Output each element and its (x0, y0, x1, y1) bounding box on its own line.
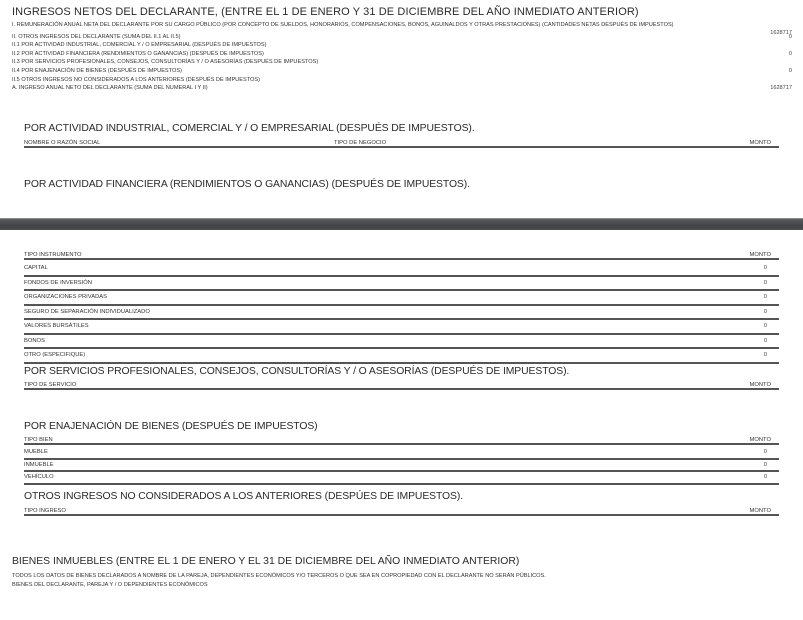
services-section-title: POR SERVICIOS PROFESIONALES, CONSEJOS, C… (24, 366, 569, 377)
disposal-table-header: TIPO BIEN MONTO (24, 437, 779, 445)
income-row: II.5 OTROS INGRESOS NO CONSIDERADOS A LO… (12, 76, 792, 85)
row-value: 0 (764, 294, 767, 300)
table-row: SEGURO DE SEPARACIÓN INDIVIDUALIZADO0 (24, 306, 779, 321)
income-row-label: II.5 OTROS INGRESOS NO CONSIDERADOS A LO… (12, 77, 260, 83)
real-estate-privacy-note: TODOS LOS DATOS DE BIENES DECLARADOS A N… (12, 572, 792, 581)
row-label: FONDOS DE INVERSIÓN (24, 280, 92, 286)
row-value: 0 (764, 352, 767, 358)
income-row: II.4 POR ENAJENACIÓN DE BIENES (DESPUÉS … (12, 67, 792, 76)
row-label: OTRO (ESPECIFIQUE) (24, 352, 85, 358)
column-header: MONTO (750, 508, 771, 514)
table-row: OTRO (ESPECIFIQUE)0 (24, 349, 779, 364)
row-label: VEHÍCULO (24, 474, 54, 480)
column-header: MONTO (750, 382, 771, 388)
income-row-total: A. INGRESO ANUAL NETO DEL DECLARANTE (SU… (12, 84, 792, 93)
column-header: TIPO INGRESO (24, 508, 66, 514)
financial-section-title: POR ACTIVIDAD FINANCIERA (RENDIMIENTOS O… (24, 179, 470, 190)
row-value: 0 (764, 462, 767, 468)
disposal-table: MUEBLE0 INMUEBLE0 VEHÍCULO0 (24, 447, 779, 485)
row-value: 0 (764, 474, 767, 480)
income-row: I. REMUNERACIÓN ANUAL NETA DEL DECLARANT… (12, 21, 792, 30)
income-row-label: II.3 POR SERVICIOS PROFESIONALES, CONSEJ… (12, 59, 318, 65)
column-header: MONTO (750, 252, 771, 258)
other-income-section-title: OTROS INGRESOS NO CONSIDERADOS A LOS ANT… (24, 491, 463, 502)
column-header: MONTO (750, 437, 771, 443)
real-estate-title: BIENES INMUEBLES (ENTRE EL 1 DE ENERO Y … (12, 556, 792, 567)
income-title: INGRESOS NETOS DEL DECLARANTE, (ENTRE EL… (12, 6, 792, 19)
column-header: TIPO DE NEGOCIO (334, 140, 386, 146)
page-divider (0, 218, 803, 230)
row-value: 0 (764, 280, 767, 286)
column-header: TIPO INSTRUMENTO (24, 252, 82, 258)
table-row: FONDOS DE INVERSIÓN0 (24, 277, 779, 292)
income-row-value: 1628717 (770, 84, 792, 93)
row-value: 0 (764, 265, 767, 271)
income-row-label: II.1 POR ACTIVIDAD INDUSTRIAL, COMERCIAL… (12, 42, 266, 48)
column-header: TIPO DE SERVICIO (24, 382, 76, 388)
income-row-label: II.4 POR ENAJENACIÓN DE BIENES (DESPUÉS … (12, 68, 182, 74)
table-row: MUEBLE0 (24, 447, 779, 460)
table-row: INMUEBLE0 (24, 460, 779, 473)
row-label: VALORES BURSÁTILES (24, 323, 89, 329)
disposal-section-title: POR ENAJENACIÓN DE BIENES (DESPUÉS DE IM… (24, 421, 318, 432)
real-estate-section: BIENES INMUEBLES (ENTRE EL 1 DE ENERO Y … (12, 556, 792, 590)
income-row-value: 0 (789, 33, 792, 42)
row-value: 0 (764, 323, 767, 329)
row-label: BONOS (24, 338, 45, 344)
table-row: VALORES BURSÁTILES0 (24, 320, 779, 335)
income-summary: INGRESOS NETOS DEL DECLARANTE, (ENTRE EL… (12, 6, 792, 93)
column-header: TIPO BIEN (24, 437, 53, 443)
row-value: 0 (764, 309, 767, 315)
column-header: NOMBRE O RAZÓN SOCIAL (24, 140, 100, 146)
row-value: 0 (764, 449, 767, 455)
income-row: II.1 POR ACTIVIDAD INDUSTRIAL, COMERCIAL… (12, 41, 792, 50)
financial-table: CAPITAL0 FONDOS DE INVERSIÓN0 ORGANIZACI… (24, 262, 779, 364)
row-label: MUEBLE (24, 449, 48, 455)
income-row-label: II. OTROS INGRESOS DEL DECLARANTE (SUMA … (12, 34, 180, 40)
row-value: 0 (764, 338, 767, 344)
column-header: MONTO (750, 140, 771, 146)
table-row: BONOS0 (24, 335, 779, 350)
income-row-value: 0 (789, 67, 792, 76)
income-row-label: II.2 POR ACTIVIDAD FINANCIERA (RENDIMIEN… (12, 51, 264, 57)
row-label: INMUEBLE (24, 462, 54, 468)
services-table-header: TIPO DE SERVICIO MONTO (24, 382, 779, 390)
table-row: CAPITAL0 (24, 262, 779, 277)
other-income-table-header: TIPO INGRESO MONTO (24, 508, 779, 516)
declaration-page: INGRESOS NETOS DEL DECLARANTE, (ENTRE EL… (0, 0, 803, 620)
row-label: CAPITAL (24, 265, 48, 271)
table-row: VEHÍCULO0 (24, 472, 779, 485)
real-estate-subheading: BIENES DEL DECLARANTE, PAREJA Y / O DEPE… (12, 581, 792, 590)
financial-table-header: TIPO INSTRUMENTO MONTO (24, 252, 779, 260)
income-row: II.3 POR SERVICIOS PROFESIONALES, CONSEJ… (12, 58, 792, 67)
row-label: SEGURO DE SEPARACIÓN INDIVIDUALIZADO (24, 309, 150, 315)
income-row: II. OTROS INGRESOS DEL DECLARANTE (SUMA … (12, 33, 792, 42)
income-row-label: I. REMUNERACIÓN ANUAL NETA DEL DECLARANT… (12, 22, 674, 28)
income-row-label: A. INGRESO ANUAL NETO DEL DECLARANTE (SU… (12, 85, 208, 91)
income-row: II.2 POR ACTIVIDAD FINANCIERA (RENDIMIEN… (12, 50, 792, 59)
row-label: ORGANIZACIONES PRIVADAS (24, 294, 107, 300)
industrial-section-title: POR ACTIVIDAD INDUSTRIAL, COMERCIAL Y / … (24, 123, 475, 134)
industrial-table-header: NOMBRE O RAZÓN SOCIAL TIPO DE NEGOCIO MO… (24, 140, 779, 148)
income-row-value: 0 (789, 50, 792, 59)
table-row: ORGANIZACIONES PRIVADAS0 (24, 291, 779, 306)
